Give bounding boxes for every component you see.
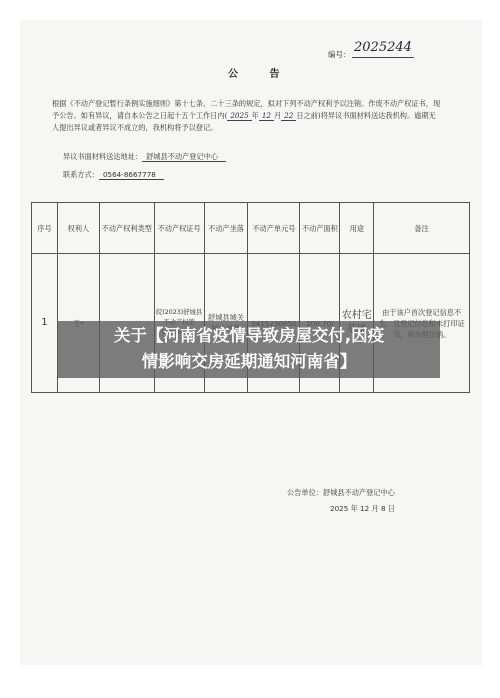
- issuer-value: 舒城县不动产登记中心: [323, 488, 395, 497]
- header-use: 用途: [340, 203, 374, 254]
- address-label: 异议书面材料送达地址：: [63, 152, 142, 161]
- paragraph-text-2: 年: [252, 111, 259, 120]
- cell-index: 1: [32, 254, 58, 393]
- header-cert-no: 不动产权证号: [154, 203, 204, 254]
- issuer-line: 公告单位：舒城县不动产登记中心: [287, 488, 395, 498]
- number-label: 编号：: [328, 49, 351, 60]
- handwritten-number: 2025244: [354, 40, 412, 55]
- address-value: 舒城县不动产登记中心: [142, 152, 226, 162]
- headline-overlay-banner: 关于【河南省疫情导致房屋交付,因疫 情影响交房延期通知河南省】: [58, 321, 440, 378]
- table-header-row: 序号 权利人 不动产权利类型 不动产权证号 不动产坐落 不动产单元号 不动产面积…: [32, 203, 470, 254]
- phone-line: 联系方式：0564-8667778: [63, 170, 164, 180]
- issuer-label: 公告单位：: [287, 488, 323, 497]
- header-holder: 权利人: [57, 203, 99, 254]
- overlay-headline-line-1: 关于【河南省疫情导致房屋交付,因疫: [58, 324, 440, 348]
- address-line: 异议书面材料送达地址：舒城县不动产登记中心: [63, 152, 226, 162]
- header-location: 不动产坐落: [204, 203, 248, 254]
- header-remark: 备注: [374, 203, 470, 254]
- deadline-month: 12: [259, 111, 274, 121]
- header-right-type: 不动产权利类型: [99, 203, 154, 254]
- header-unit-no: 不动产单元号: [248, 203, 300, 254]
- deadline-day: 22: [281, 111, 296, 121]
- notice-title: 公 告: [228, 65, 293, 80]
- phone-value: 0564-8667778: [99, 170, 164, 180]
- header-area: 不动产面积: [300, 203, 340, 254]
- number-underline: [352, 57, 414, 58]
- deadline-year: 2025: [227, 111, 251, 121]
- header-index: 序号: [32, 203, 58, 254]
- notice-paragraph: 根据《不动产登记暂行条例实施细则》第十七条、二十三条的规定，拟对下列不动产权利予…: [52, 98, 442, 134]
- issue-date: 2025 年 12 月 8 日: [330, 504, 395, 514]
- phone-label: 联系方式：: [63, 170, 99, 179]
- overlay-headline-line-2: 情影响交房延期通知河南省】: [58, 350, 440, 374]
